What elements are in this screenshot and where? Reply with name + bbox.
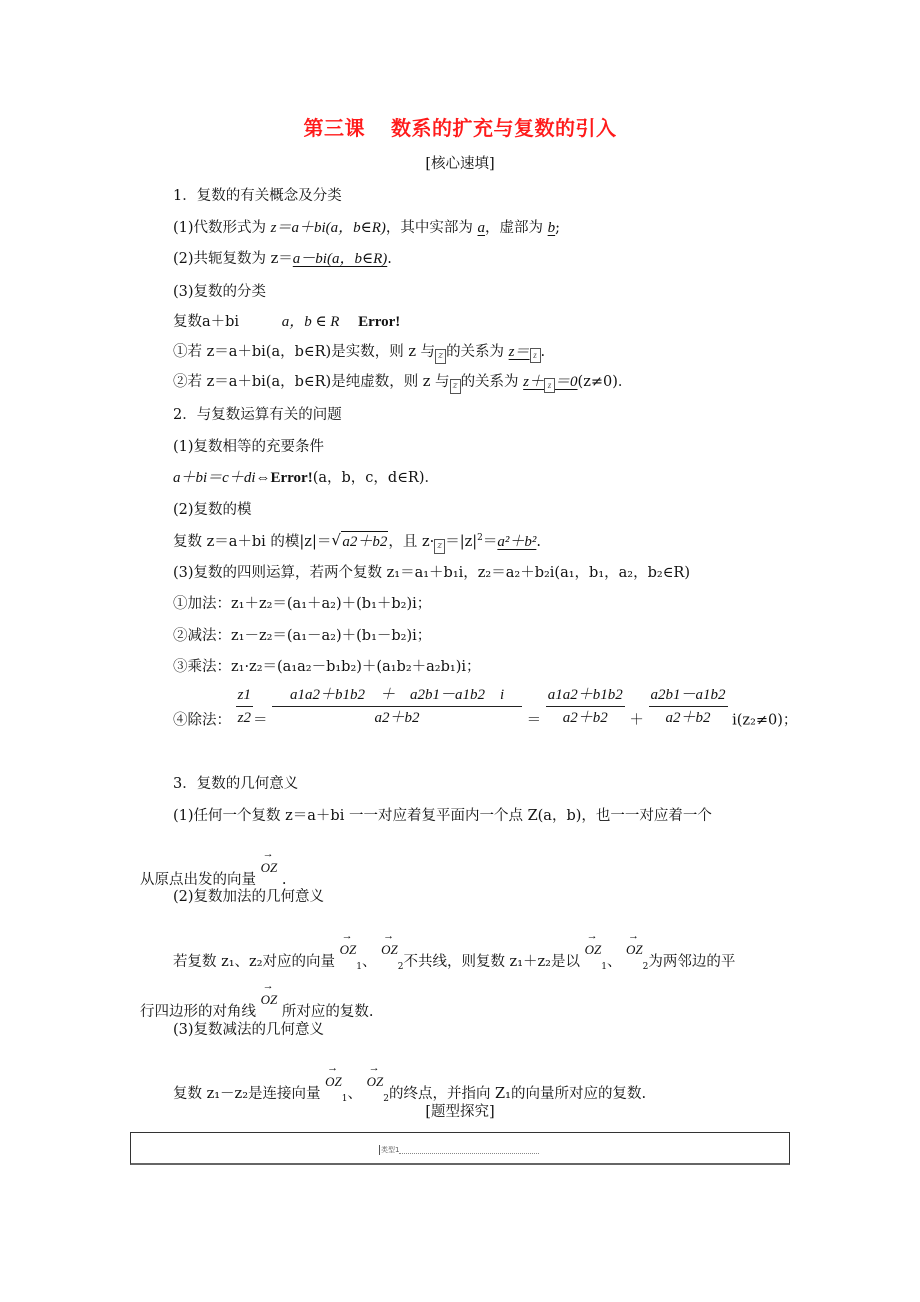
page-title: 第三课数系的扩充与复数的引入 [0, 112, 920, 141]
vector-oz-icon: OZ [585, 940, 602, 960]
section3-item2-line2: 行四边形的对角线 OZ 所对应的复数. [140, 990, 373, 1022]
answer-conjugate: a－bi(a，b∈R) [293, 251, 387, 267]
conjugate-z-icon: z [544, 378, 555, 393]
answer-real: a [478, 220, 486, 236]
section1-item3-heading: (3)复数的分类 [173, 282, 266, 302]
conjugate-z-icon: z [450, 379, 461, 394]
document-page: 第三课数系的扩充与复数的引入 [核心速填] 1．复数的有关概念及分类 (1)代数… [0, 0, 920, 1302]
section3-item1-line1: (1)任何一个复数 z＝a＋bi 一一对应着复平面内一个点 Z(a，b)，也一一… [173, 806, 712, 826]
vector-oz-icon: OZ [626, 940, 643, 960]
error-placeholder: Error! [358, 314, 400, 330]
multiplication-rule: ③乘法：z₁·z₂＝(a₁a₂－b₁b₂)＋(a₁b₂＋a₂b₁)i； [173, 657, 481, 677]
vector-oz-icon: OZ [261, 858, 278, 878]
lesson-number: 第三课 [304, 116, 366, 140]
problem-type-box: 类型1 [130, 1132, 790, 1165]
section3-item2-heading: (2)复数加法的几何意义 [173, 887, 324, 907]
section2-heading: 2．与复数运算有关的问题 [173, 405, 342, 425]
section2-item2: 复数 z＝a＋bi 的模|z|＝a2＋b2，且 z·z＝|z|2＝a²＋b². [173, 531, 541, 554]
fraction-real: a1a2＋b1b2a2＋b2 [546, 686, 625, 727]
division-rule: ④除法： z1z2＝ a1a2＋b1b2 ＋ a2b1－a1b2 ia2＋b2 … [173, 686, 797, 730]
section3-item1-line2: 从原点出发的向量 OZ . [140, 858, 286, 890]
conjugate-z-icon: z [435, 349, 446, 364]
explore-heading: [题型探究] [0, 1100, 920, 1121]
error-placeholder: Error! [271, 470, 313, 486]
answer-modulus: a²＋b² [497, 534, 536, 550]
answer-imag-relation: z＋z＝0 [523, 374, 577, 390]
subtraction-rule: ②减法：z₁－z₂＝(a₁－a₂)＋(b₁－b₂)i； [173, 626, 431, 646]
addition-rule: ①加法：z₁＋z₂＝(a₁＋a₂)＋(b₁＋b₂)i； [173, 594, 431, 614]
section2-item1: a＋bi＝c＋di⇔Error!(a，b，c，d∈R)． [173, 468, 439, 488]
vector-oz-icon: OZ [325, 1072, 342, 1092]
section2-item2-heading: (2)复数的模 [173, 500, 252, 520]
vector-oz-icon: OZ [381, 940, 398, 960]
fraction-lhs: z1z2 [236, 686, 253, 727]
conjugate-z-icon: z [530, 348, 541, 363]
section2-item3-heading: (3)复数的四则运算，若两个复数 z₁＝a₁＋b₁i，z₂＝a₂＋b₂i(a₁，… [173, 563, 690, 583]
section1-item5: ②若 z＝a＋bi(a，b∈R)是纯虚数，则 z 与z的关系为 z＋z＝0(z≠… [173, 372, 632, 394]
problem-type-tag: 类型1 [379, 1145, 399, 1155]
dotted-leader [399, 1153, 539, 1154]
vector-oz-icon: OZ [367, 1072, 384, 1092]
vector-oz-icon: OZ [340, 940, 357, 960]
section1-item1: (1)代数形式为 z＝a＋bi(a，b∈R)，其中实部为 a，虚部为 b; [173, 218, 560, 238]
fraction-imag: a2b1－a1b2a2＋b2 [649, 686, 728, 727]
section3-item3-heading: (3)复数减法的几何意义 [173, 1020, 324, 1040]
section1-item2: (2)共轭复数为 z＝a－bi(a，b∈R). [173, 249, 392, 269]
section1-heading: 1．复数的有关概念及分类 [173, 186, 342, 206]
section3-heading: 3．复数的几何意义 [173, 774, 298, 794]
conjugate-z-icon: z [434, 539, 445, 554]
section1-item4: ①若 z＝a＋bi(a，b∈R)是实数，则 z 与z的关系为 z＝z. [173, 342, 545, 364]
section3-item2-body: 若复数 z₁、z₂对应的向量 OZ1、 OZ2不共线，则复数 z₁＋z₂是以 O… [173, 940, 735, 972]
vector-oz-icon: OZ [261, 990, 278, 1010]
fraction-main: a1a2＋b1b2 ＋ a2b1－a1b2 ia2＋b2 [272, 686, 522, 727]
section2-item1-heading: (1)复数相等的充要条件 [173, 437, 324, 457]
classification-row: 复数a＋bi a，b ∈ R Error! [173, 312, 400, 332]
sqrt-icon: a2＋b2 [331, 531, 388, 552]
lesson-title: 数系的扩充与复数的引入 [391, 116, 617, 140]
answer-real-relation: z＝z [509, 344, 541, 360]
core-heading: [核心速填] [0, 152, 920, 173]
